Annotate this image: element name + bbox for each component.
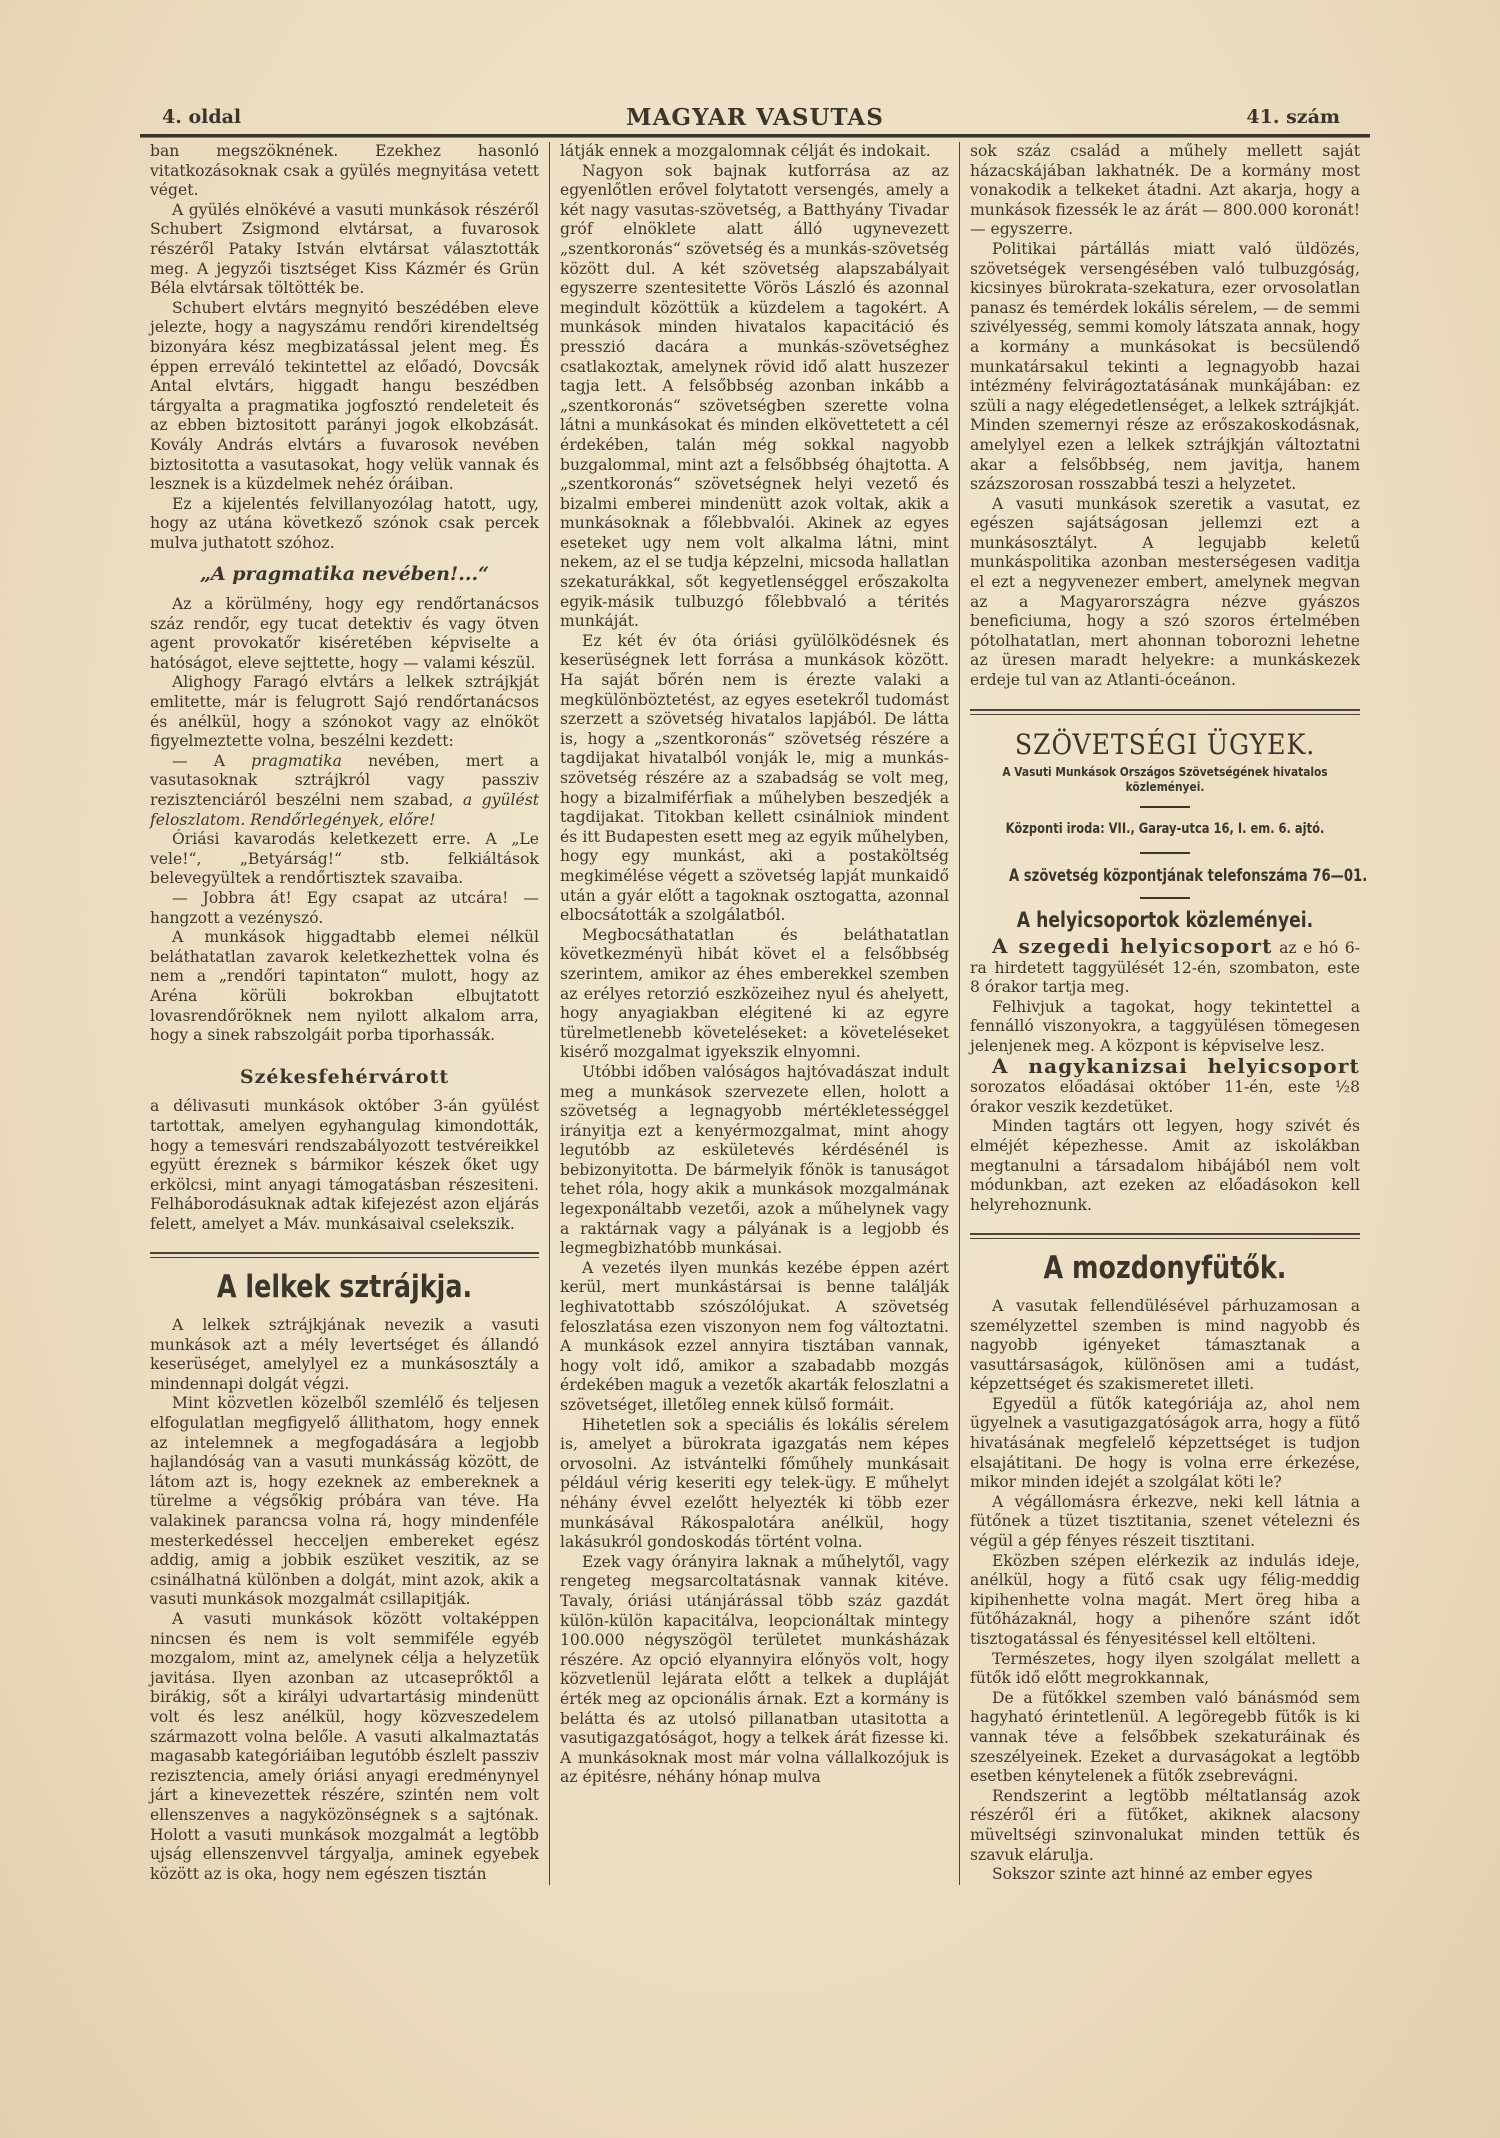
paragraph: A nagykanizsai helyicsoport sorozatos el… [970,1057,1360,1118]
paragraph: Eközben szépen elérkezik az indulás idej… [970,1552,1360,1650]
paragraph: A gyülés elnökévé a vasuti munkások rész… [150,201,539,299]
newspaper-title: MAGYAR VASUTAS [140,104,1370,131]
columns: ban megszöknének. Ezekhez hasonló vitatk… [140,142,1370,1885]
subheading-szekesfehervarott: Székesfehérvárott [150,1068,539,1088]
italic-text: pragmatika [251,752,342,770]
local-groups-heading: A helyicsoportok közleményei. [1005,911,1325,931]
paragraph: A vasuti munkások között voltaképpen nin… [150,1610,539,1884]
separator-rule [150,1252,539,1258]
paragraph: A szegedi helyicsoport az e hó 6-ra hird… [970,937,1360,998]
paragraph: Politikai pártállás miatt való üldözés, … [970,240,1360,495]
section-title-szovetsegi-ugyek: SZÖVETSÉGI ÜGYEK. [990,735,1341,755]
masthead: 4. oldal MAGYAR VASUTAS 41. szám [140,100,1370,134]
paragraph: — Jobbra át! Egy csapat az utcára! — han… [150,889,539,928]
paragraph: Minden tagtárs ott legyen, hogy szivét é… [970,1117,1360,1215]
article-title-mozdonyfutok: A mozdonyfütők. [1005,1259,1325,1279]
paragraph: látják ennek a mozgalomnak célját és ind… [560,142,949,162]
issue-number: 41. szám [1246,106,1340,128]
paragraph: Megbocsáthatatlan és beláthatatlan követ… [560,926,949,1063]
paragraph: Nagyon sok bajnak kutforrása az az egyen… [560,162,949,632]
paragraph: Rendszerint a legtöbb méltatlanság azok … [970,1787,1360,1865]
article-title-lelkek-sztrajkja: A lelkek sztrájkja. [185,1278,504,1298]
office-address: Központi iroda: VII., Garay-utca 16, I. … [1005,820,1325,840]
paragraph: A vasuti munkások szeretik a vasutat, ez… [970,495,1360,691]
masthead-rule [140,134,1370,138]
paragraph: Alighogy Faragó elvtárs a lelkek sztrájk… [150,673,539,751]
text: sorozatos előadásai október 11-én, este … [970,1078,1360,1116]
paragraph: A lelkek sztrájkjának nevezik a vasuti m… [150,1316,539,1394]
short-rule [1140,897,1190,899]
paragraph: Schubert elvtárs megnyitó beszédében ele… [150,299,539,495]
lead-nagykanizsa: A nagykanizsai helyicsoport [992,1054,1360,1078]
newspaper-page: 4. oldal MAGYAR VASUTAS 41. szám ban meg… [140,100,1370,1885]
paragraph: A végállomásra érkezve, neki kell látnia… [970,1493,1360,1552]
paragraph: Az a körülmény, hogy egy rendőrtanácsos … [150,595,539,673]
separator-rule [970,709,1360,715]
paragraph: Sokszor szinte azt hinné az ember egyes [970,1865,1360,1885]
paragraph: A vezetés ilyen munkás kezébe éppen azér… [560,1259,949,1416]
phone-number-line: A szövetség központjának telefonszáma 76… [1009,866,1321,886]
paragraph: Utóbbi időben valóságos hajtóvadászat in… [560,1063,949,1259]
short-rule [1140,852,1190,854]
paragraph: Hihetetlen sok a speciális és lokális sé… [560,1416,949,1553]
column-1: ban megszöknének. Ezekhez hasonló vitatk… [140,142,549,1885]
subheading-pragmatika: „A pragmatika nevében!...“ [150,565,539,585]
paragraph: Ezek vagy órányira laknak a műhelytől, v… [560,1553,949,1788]
paragraph: De a fütőkkel szemben való bánásmód sem … [970,1689,1360,1787]
column-2: látják ennek a mozgalomnak célját és ind… [549,142,959,1885]
paragraph: Felhivjuk a tagokat, hogy tekintettel a … [970,998,1360,1057]
paragraph: A vasutak fellendülésével párhuzamosan a… [970,1297,1360,1395]
paragraph: A munkások higgadtabb elemei nélkül belá… [150,928,539,1046]
paragraph: Óriási kavarodás keletkezett erre. A „Le… [150,830,539,889]
short-rule [1140,806,1190,808]
column-3: sok száz család a műhely mellett saját h… [959,142,1370,1885]
paragraph: Egyedül a fütők kategóriája az, ahol nem… [970,1395,1360,1493]
paragraph: sok száz család a műhely mellett saját h… [970,142,1360,240]
paragraph: ban megszöknének. Ezekhez hasonló vitatk… [150,142,539,201]
text: — A [172,752,251,770]
paragraph: Mint közvetlen közelből szemlélő és telj… [150,1394,539,1610]
paragraph: a délivasuti munkások október 3-án gyülé… [150,1097,539,1234]
lead-szeged: A szegedi helyicsoport [992,934,1273,958]
paragraph: Ez a kijelentés felvillanyozólag hatott,… [150,495,539,554]
paragraph: Ez két év óta óriási gyülölködésnek és k… [560,632,949,926]
separator-rule [970,1233,1360,1239]
official-notice-line: A Vasuti Munkások Országos Szövetségének… [999,764,1331,794]
paragraph: Természetes, hogy ilyen szolgálat mellet… [970,1650,1360,1689]
paragraph: — A pragmatika nevében, mert a vasutasok… [150,752,539,830]
